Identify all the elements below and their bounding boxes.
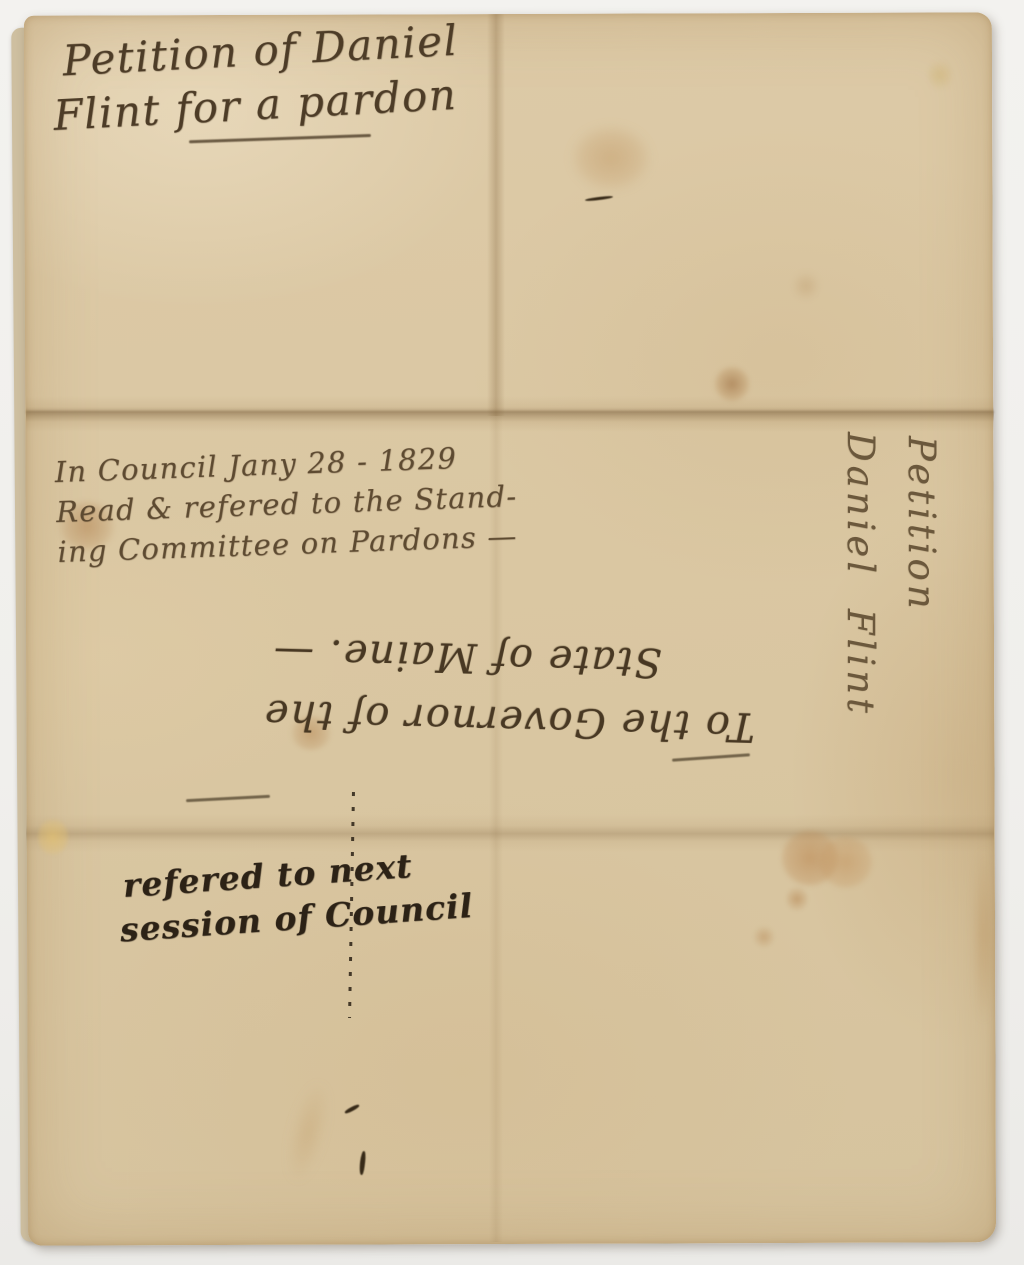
docket-title: Petition of Daniel Flint for a pardon bbox=[61, 14, 463, 151]
address-line2: State of Maine. — bbox=[168, 618, 662, 693]
document-scan: Petition of Daniel Flint for a pardon In… bbox=[0, 0, 1024, 1265]
council-note: In Council Jany 28 - 1829 Read & refered… bbox=[54, 436, 519, 572]
side-docket-line1: Petition bbox=[891, 436, 952, 886]
side-docket: Petition Daniel Flint bbox=[829, 436, 952, 886]
side-docket-line2: Daniel Flint bbox=[829, 432, 890, 886]
address-note-inverted: To the Governor of the State of Maine. — bbox=[166, 618, 757, 757]
